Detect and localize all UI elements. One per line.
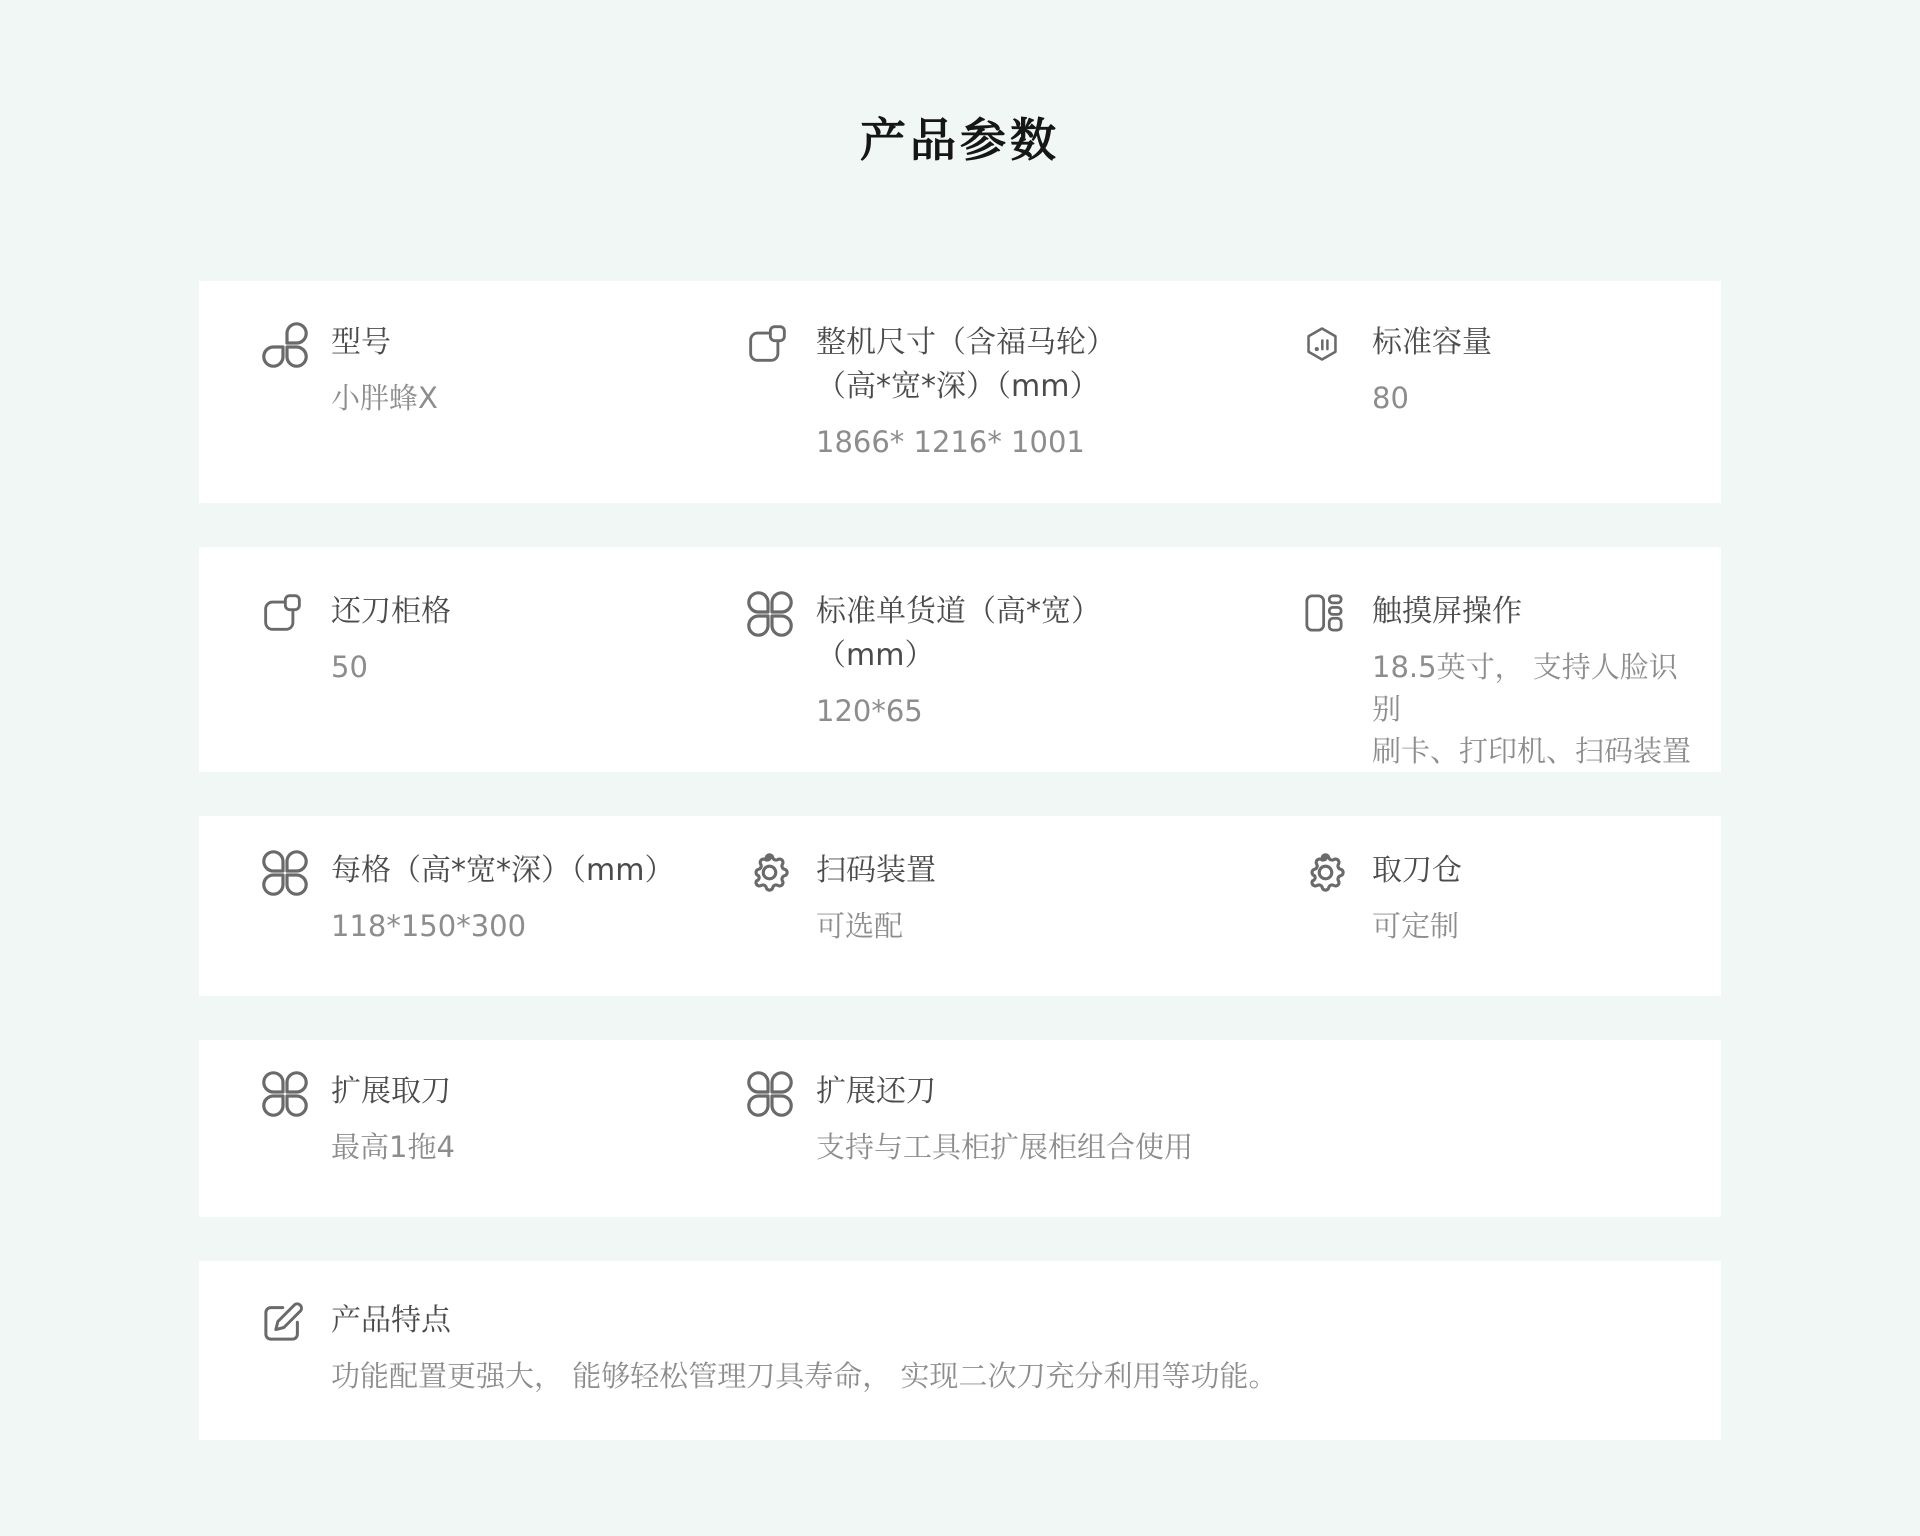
spec-card-row-5: 产品特点 功能配置更强大， 能够轻松管理刀具寿命， 实现二次刀充分利用等功能。	[199, 1261, 1721, 1440]
overlap-squares-icon	[261, 590, 309, 638]
gear-icon	[746, 849, 794, 897]
spec-item-label: 每格（高*宽*深）（mm）	[331, 849, 674, 893]
spec-item-single-channel: 标准单货道（高*宽） （mm） 120*65	[746, 590, 1302, 732]
product-spec-page: 产品参数 型号 小胖蜂X 整机尺寸（含福马轮） （高*宽*深）（mm） 1866…	[0, 0, 1920, 1536]
spec-card-row-1: 型号 小胖蜂X 整机尺寸（含福马轮） （高*宽*深）（mm） 1866* 121…	[199, 281, 1721, 503]
spec-item-label: 还刀柜格	[331, 590, 451, 634]
spec-item-tool-pickup-bin: 取刀仓 可定制	[1302, 849, 1703, 947]
spec-item-label: 扫码装置	[816, 849, 936, 893]
spec-card-row-4: 扩展取刀 最高1拖4 扩展还刀 支持与工具柜扩展柜组合使用	[199, 1040, 1721, 1217]
edit-square-icon	[261, 1299, 309, 1347]
spec-item-value: 可选配	[816, 905, 936, 947]
spec-item-touchscreen: 触摸屏操作 18.5英寸， 支持人脸识别 刷卡、打印机、扫码装置	[1302, 590, 1703, 772]
spec-item-label: 产品特点	[331, 1299, 1277, 1343]
petals-3-icon	[261, 321, 309, 369]
spec-item-value: 可定制	[1372, 905, 1462, 947]
spec-item-product-features: 产品特点 功能配置更强大， 能够轻松管理刀具寿命， 实现二次刀充分利用等功能。	[261, 1299, 1703, 1397]
spec-item-value: 1866* 1216* 1001	[816, 421, 1116, 463]
spec-card-row-2: 还刀柜格 50 标准单货道（高*宽） （mm） 120*65 触摸屏操作 18.…	[199, 547, 1721, 772]
spec-item-value: 支持与工具柜扩展柜组合使用	[816, 1126, 1193, 1168]
spec-item-return-slots: 还刀柜格 50	[261, 590, 746, 688]
spec-item-value: 最高1拖4	[331, 1126, 455, 1168]
petals-4-icon	[746, 1070, 794, 1118]
spec-item-value: 80	[1372, 377, 1492, 419]
petals-4-icon	[261, 1070, 309, 1118]
spec-item-model: 型号 小胖蜂X	[261, 321, 746, 419]
overlap-squares-icon	[746, 321, 794, 369]
petals-4-icon	[261, 849, 309, 897]
spec-item-expand-return: 扩展还刀 支持与工具柜扩展柜组合使用	[746, 1070, 1302, 1168]
page-title: 产品参数	[0, 0, 1920, 164]
spec-item-value: 18.5英寸， 支持人脸识别 刷卡、打印机、扫码装置	[1372, 646, 1703, 772]
gear-icon	[1302, 849, 1350, 897]
spec-item-value: 功能配置更强大， 能够轻松管理刀具寿命， 实现二次刀充分利用等功能。	[331, 1355, 1277, 1397]
spec-item-value: 小胖蜂X	[331, 377, 438, 419]
spec-item-expand-pickup: 扩展取刀 最高1拖4	[261, 1070, 746, 1168]
petals-4-icon	[746, 590, 794, 638]
spec-item-scanner: 扫码装置 可选配	[746, 849, 1302, 947]
spec-item-label: 型号	[331, 321, 438, 365]
spec-item-standard-capacity: 标准容量 80	[1302, 321, 1703, 419]
screen-panel-icon	[1302, 590, 1350, 638]
spec-item-label: 扩展取刀	[331, 1070, 455, 1114]
spec-item-label: 扩展还刀	[816, 1070, 1193, 1114]
spec-item-machine-size: 整机尺寸（含福马轮） （高*宽*深）（mm） 1866* 1216* 1001	[746, 321, 1302, 463]
spec-item-cell-size: 每格（高*宽*深）（mm） 118*150*300	[261, 849, 746, 947]
spec-card-row-3: 每格（高*宽*深）（mm） 118*150*300 扫码装置 可选配 取刀仓 可…	[199, 816, 1721, 996]
spec-item-label: 整机尺寸（含福马轮） （高*宽*深）（mm）	[816, 321, 1116, 409]
spec-item-label: 标准单货道（高*宽） （mm）	[816, 590, 1101, 678]
spec-item-value: 120*65	[816, 690, 1101, 732]
hexagon-gauge-icon	[1302, 321, 1350, 369]
spec-card-list: 型号 小胖蜂X 整机尺寸（含福马轮） （高*宽*深）（mm） 1866* 121…	[199, 281, 1721, 1440]
spec-item-label: 取刀仓	[1372, 849, 1462, 893]
spec-item-label: 触摸屏操作	[1372, 590, 1703, 634]
spec-item-label: 标准容量	[1372, 321, 1492, 365]
spec-item-value: 50	[331, 646, 451, 688]
spec-item-value: 118*150*300	[331, 905, 674, 947]
